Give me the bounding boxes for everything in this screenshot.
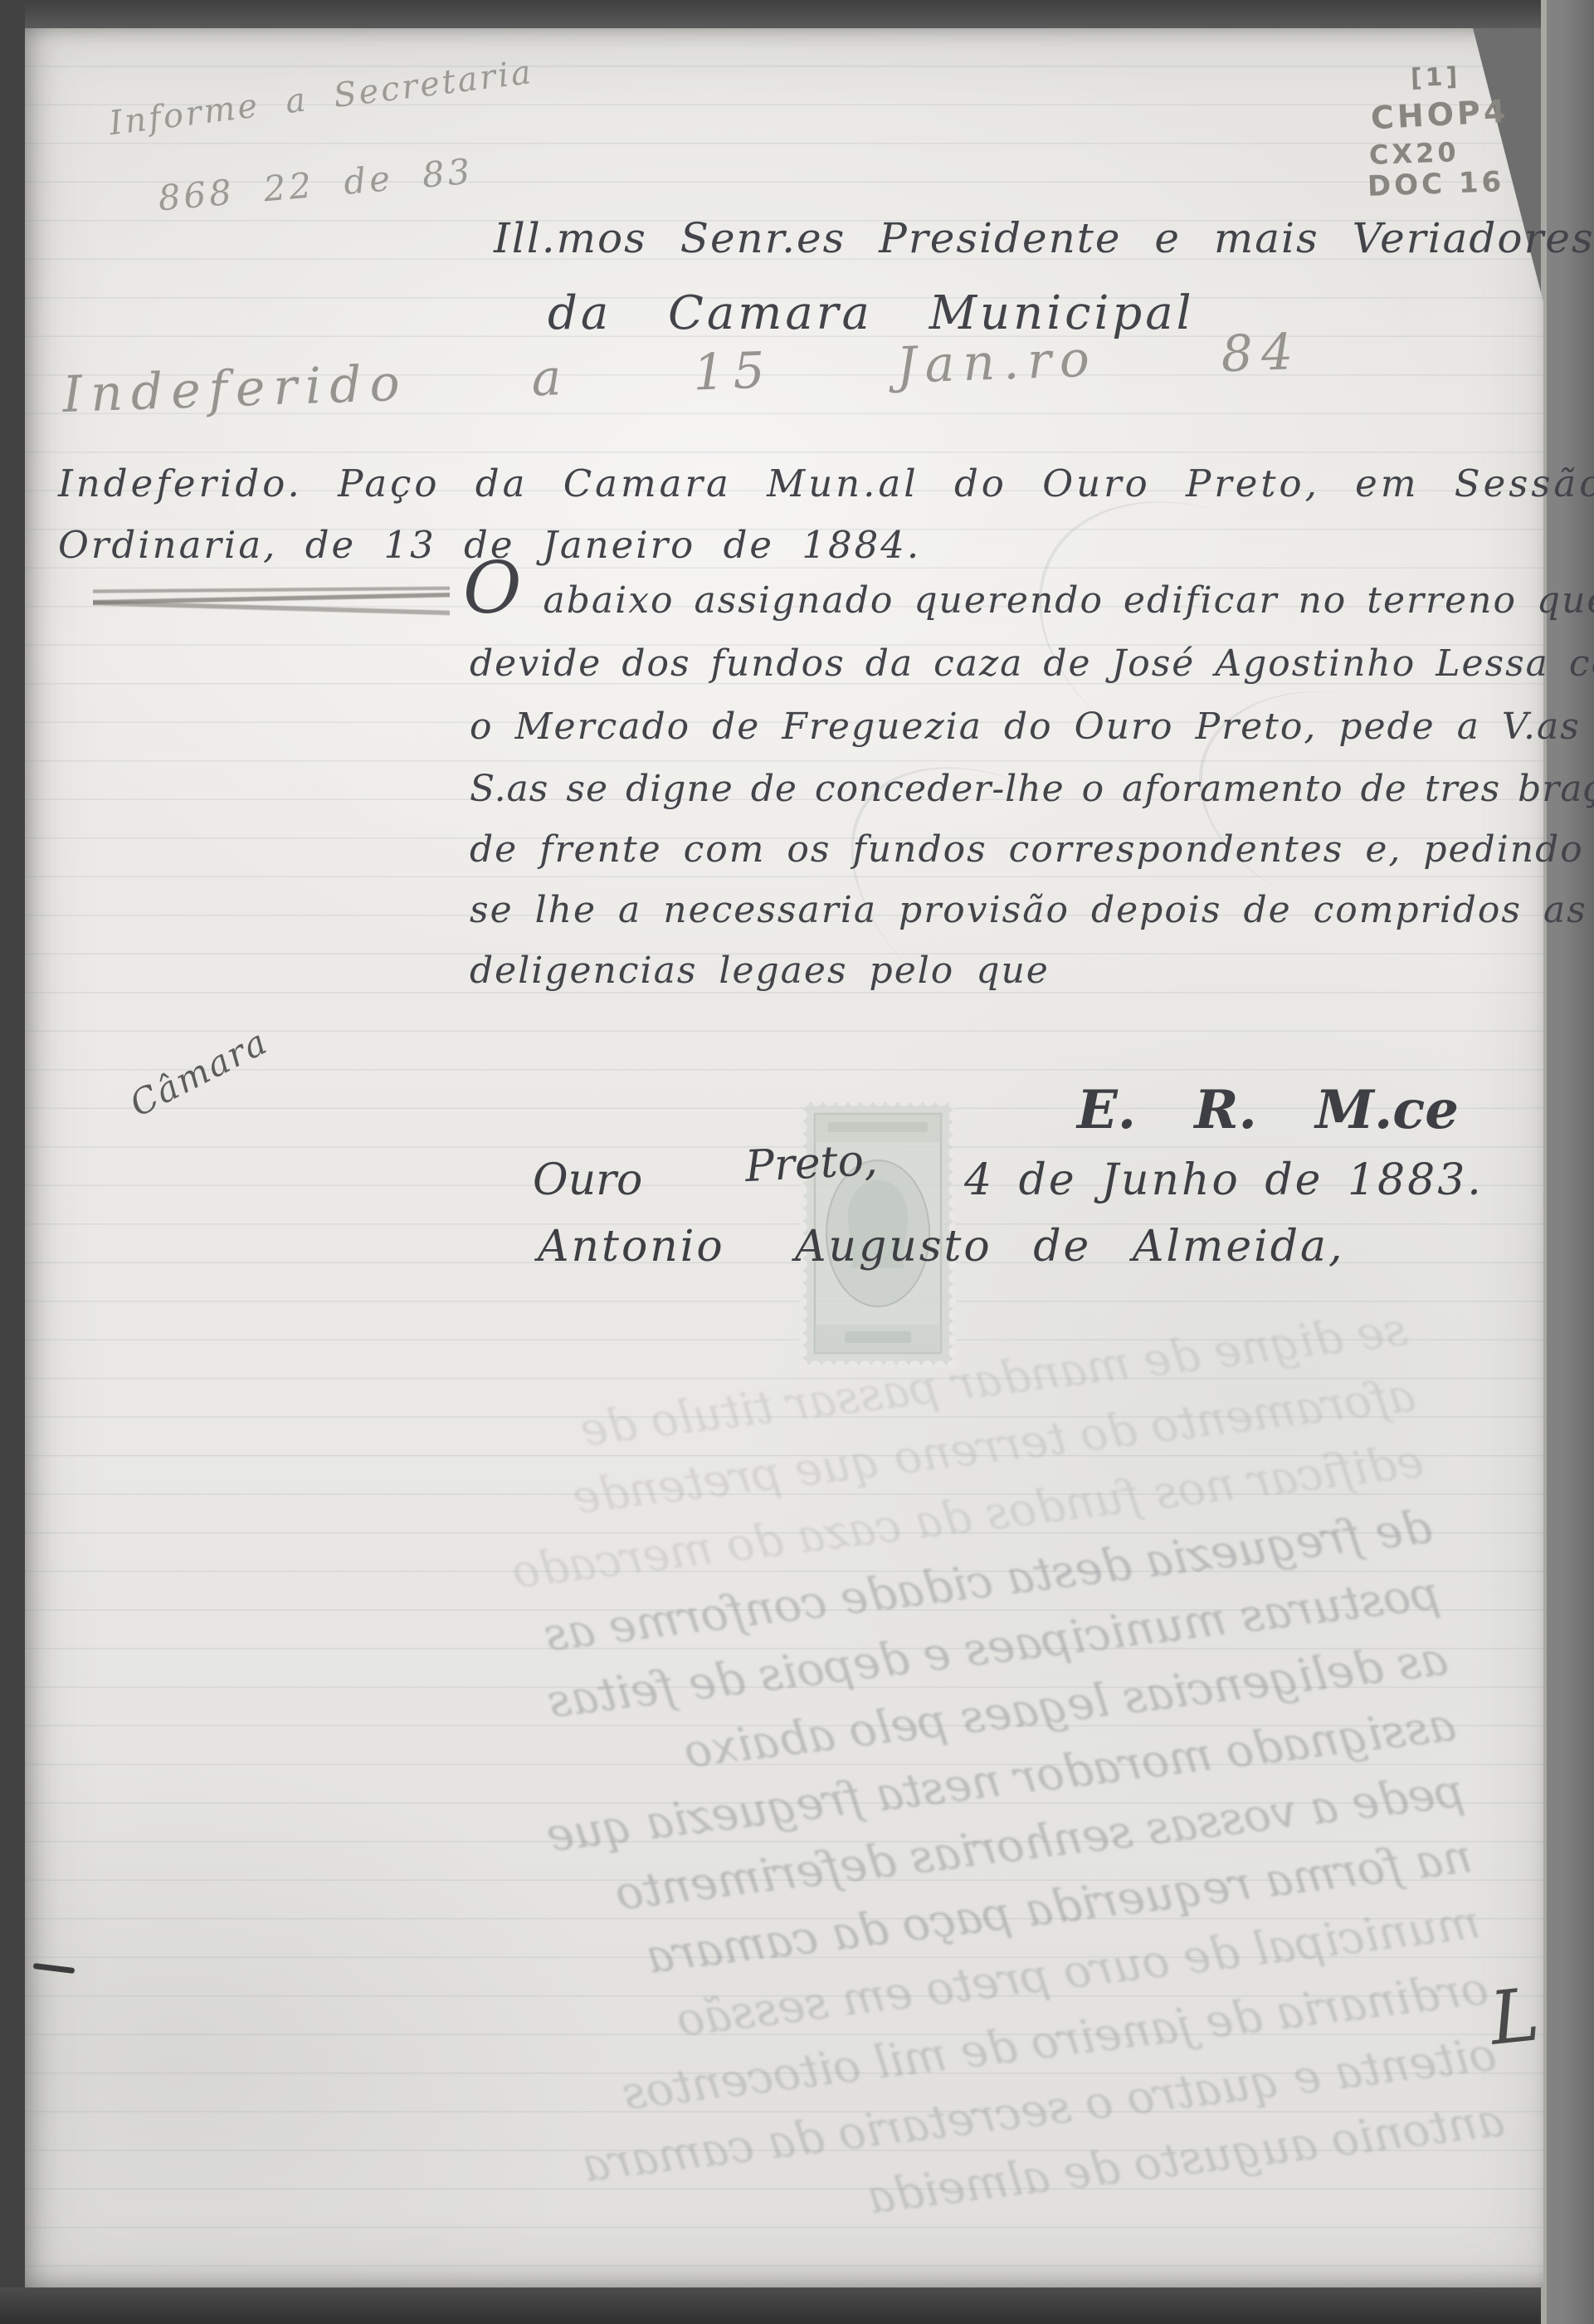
archive-box-code: CX20 [1368, 136, 1460, 171]
body-line: deligencias legaes pelo que [470, 950, 1050, 992]
signature-surname: Augusto de Almeida, [795, 1222, 1345, 1272]
ink-dispatch-line1: Indeferido. Paço da Camara Mun.al do Our… [58, 461, 1594, 505]
scanner-bed-top-edge [0, 0, 1594, 28]
scanner-bed-left-edge [0, 0, 25, 2324]
archive-doc-code: DOC 16 [1367, 165, 1505, 203]
body-line: se lhe a necessaria provisão depois de c… [470, 889, 1587, 931]
scanned-document: se digne de mandar passar titulo de afor… [0, 0, 1594, 2324]
signature-first-name: Antonio [538, 1222, 725, 1272]
stamp-value-text-bar [845, 1331, 911, 1343]
stamp-top-text-bar [828, 1122, 928, 1132]
body-line: O abaixo assignado querendo edificar no … [463, 579, 1594, 622]
dateline-city-right: Preto, [744, 1135, 879, 1192]
ink-flourish-mark: L [1486, 1971, 1543, 2062]
body-line: de frente com os fundos correspondentes … [470, 828, 1584, 871]
dateline-date: 4 de Junho de 1883. [964, 1155, 1484, 1205]
body-line: S.as se digne de conceder-lhe o aforamen… [470, 768, 1594, 810]
archive-fund-code: CHOP4 [1370, 93, 1509, 137]
body-line: devide dos fundos da caza de José Agosti… [470, 642, 1594, 685]
scanner-bed-right-edge [1541, 0, 1594, 2324]
courtesy-close: E. R. M.ce [1077, 1079, 1459, 1141]
struck-out-scribble [93, 577, 450, 618]
dateline-city-left: Ouro [533, 1155, 642, 1205]
archive-item-number: [1] [1410, 62, 1460, 93]
salutation-line1: Ill.mos Senr.es Presidente e mais Veriad… [494, 214, 1594, 262]
body-line: o Mercado de Freguezia do Ouro Preto, pe… [470, 705, 1581, 748]
verso-bleedthrough-text: se digne de mandar passar titulo de afor… [77, 1296, 1509, 2315]
